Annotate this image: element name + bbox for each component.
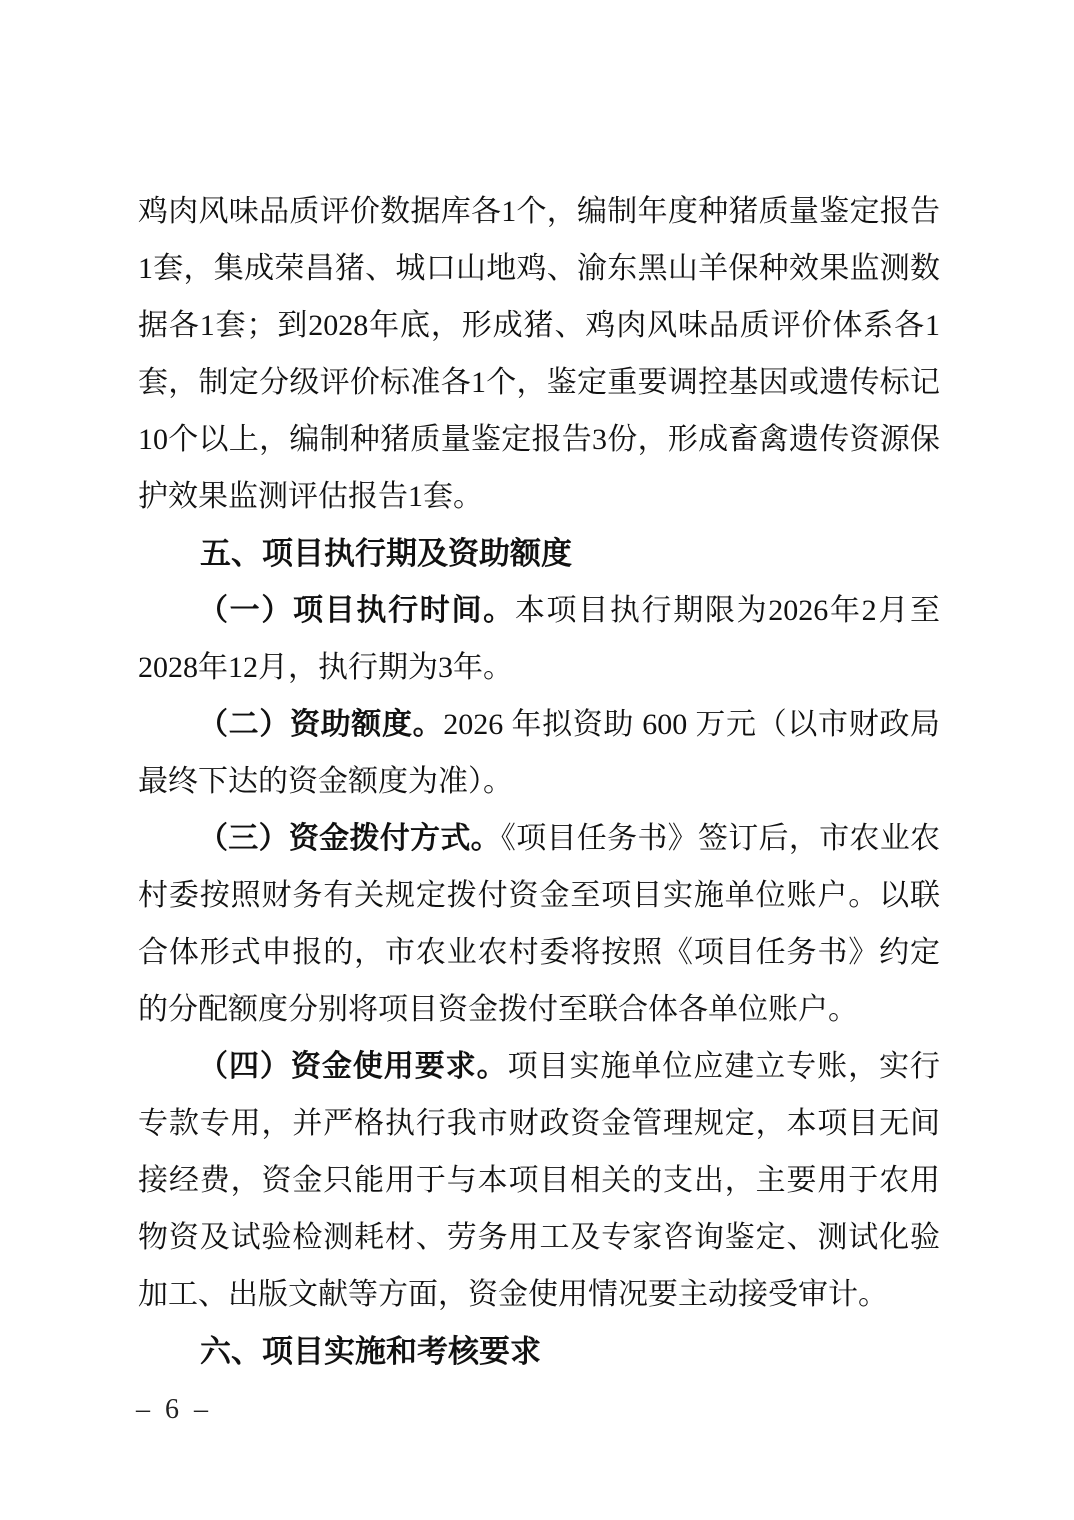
item-4-lead: （四）资金使用要求。: [198, 1050, 508, 1083]
paragraph-item-4: （四）资金使用要求。项目实施单位应建立专账，实行专款专用，并严格执行我市财政资金…: [138, 1038, 940, 1323]
paragraph-item-1: （一）项目执行时间。本项目执行期限为2026年2月至2028年12月，执行期为3…: [138, 582, 940, 696]
item-3-lead: （三）资金拨付方式。: [198, 822, 501, 855]
section-heading-5: 五、项目执行期及资助额度: [138, 525, 940, 582]
item-4-body: 项目实施单位应建立专账，实行专款专用，并严格执行我市财政资金管理规定，本项目无间…: [138, 1050, 940, 1311]
page-number: – 6 –: [136, 1392, 212, 1428]
item-2-lead: （二）资助额度。: [198, 708, 443, 741]
paragraph-continuation: 鸡肉风味品质评价数据库各1个，编制年度种猪质量鉴定报告1套，集成荣昌猪、城口山地…: [138, 183, 940, 525]
paragraph-item-3: （三）资金拨付方式。《项目任务书》签订后，市农业农村委按照财务有关规定拨付资金至…: [138, 810, 940, 1038]
paragraph-item-2: （二）资助额度。2026 年拟资助 600 万元（以市财政局最终下达的资金额度为…: [138, 696, 940, 810]
item-1-lead: （一）项目执行时间。: [198, 594, 515, 627]
document-page: 鸡肉风味品质评价数据库各1个，编制年度种猪质量鉴定报告1套，集成荣昌猪、城口山地…: [0, 0, 1074, 1520]
section-heading-6: 六、项目实施和考核要求: [138, 1323, 940, 1380]
document-body: 鸡肉风味品质评价数据库各1个，编制年度种猪质量鉴定报告1套，集成荣昌猪、城口山地…: [138, 183, 940, 1380]
